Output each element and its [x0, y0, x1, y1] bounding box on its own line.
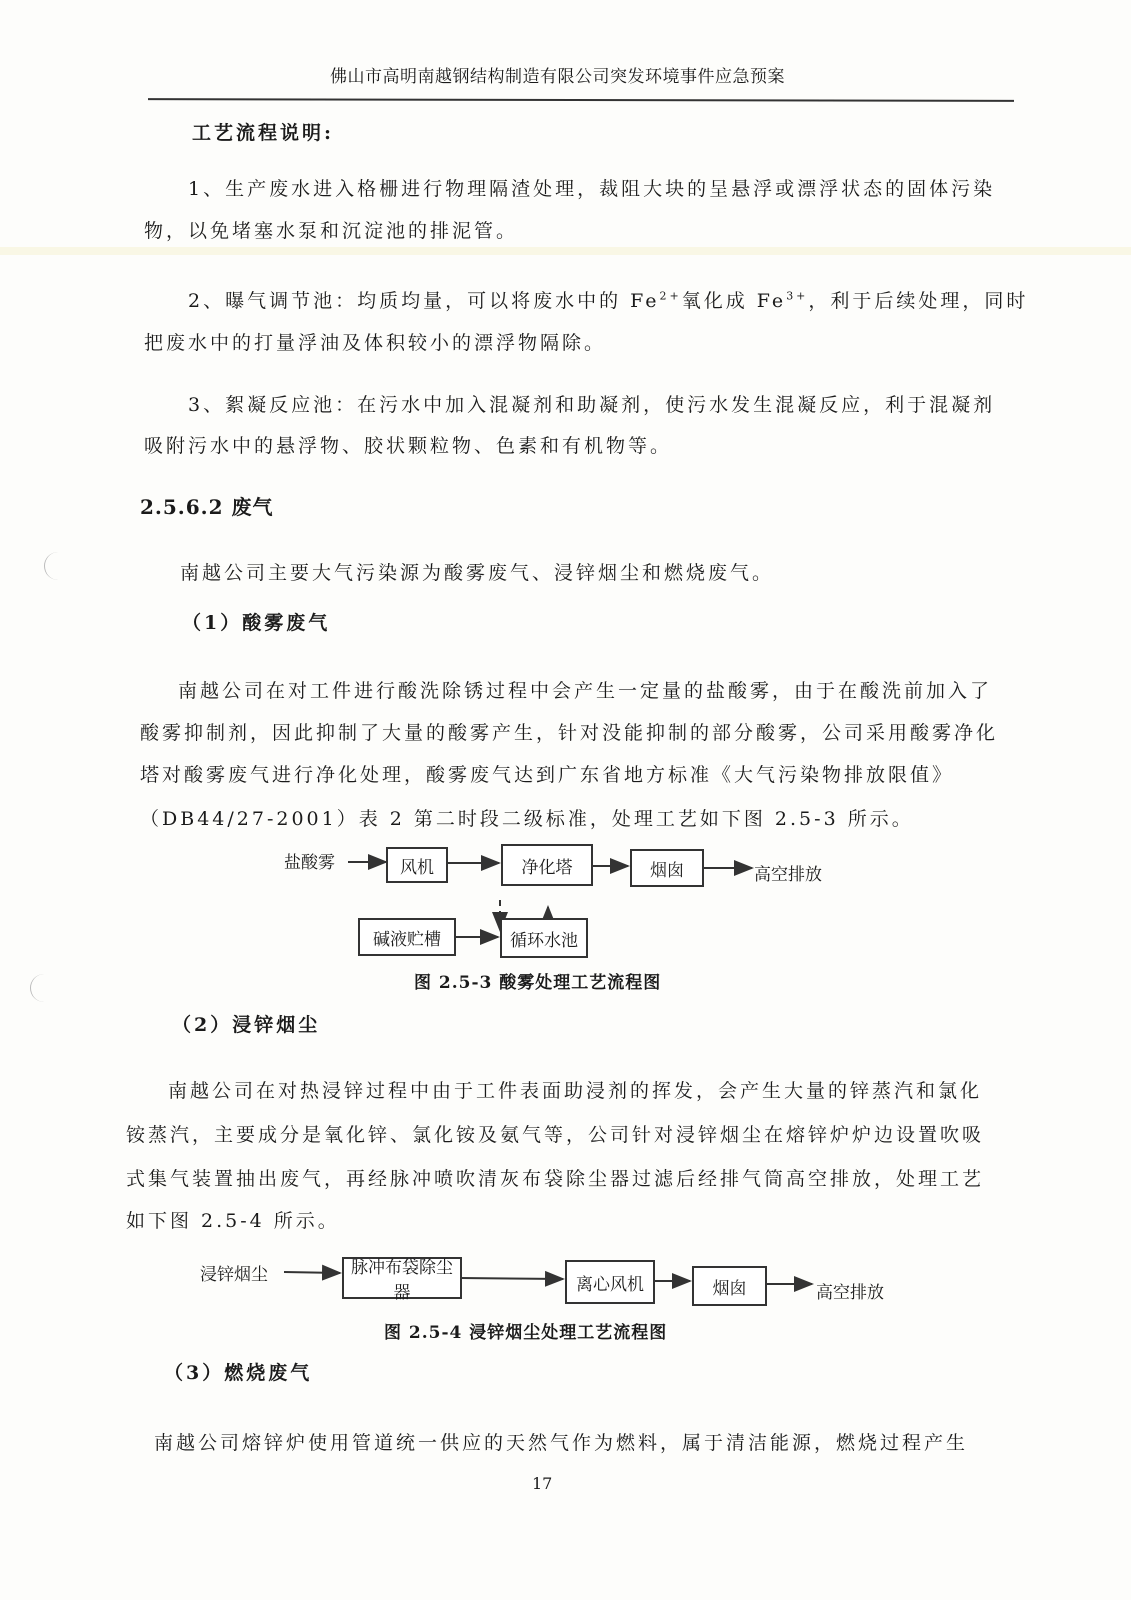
diagram-box-circulating-pool: 循环水池 [500, 918, 588, 958]
diagram-box-pulse-bag-filter: 脉冲布袋除尘器 [342, 1257, 462, 1299]
diagram-output-high-altitude-2: 高空排放 [816, 1278, 884, 1303]
diagram-box-purification-tower: 净化塔 [501, 844, 593, 886]
figure-caption-2-5-3: 图 2.5-3 酸雾处理工艺流程图 [414, 968, 661, 993]
page-number: 17 [532, 1474, 552, 1493]
diagram-box-chimney: 烟囱 [630, 849, 704, 887]
diagram-box-fan: 风机 [386, 847, 448, 883]
zinc-fume-line-1: 南越公司在对热浸锌过程中由于工件表面助浸剂的挥发，会产生大量的锌蒸汽和氯化 [168, 1068, 982, 1114]
diagram-input-hcl-mist: 盐酸雾 [284, 848, 335, 873]
zinc-fume-line-3: 式集气装置抽出废气，再经脉冲喷吹清灰布袋除尘器过滤后经排气筒高空排放，处理工艺 [126, 1156, 984, 1202]
zinc-fume-heading: （2）浸锌烟尘 [172, 1002, 320, 1048]
combustion-line-1: 南越公司熔锌炉使用管道统一供应的天然气作为燃料，属于清洁能源，燃烧过程产生 [154, 1420, 968, 1466]
diagram-box-alkali-tank: 碱液贮槽 [358, 918, 456, 956]
figure-caption-2-5-4: 图 2.5-4 浸锌烟尘处理工艺流程图 [384, 1318, 667, 1343]
diagram-input-zinc-fume: 浸锌烟尘 [200, 1260, 268, 1285]
combustion-heading: （3）燃烧废气 [164, 1350, 312, 1396]
diagram-box-centrifugal-fan: 离心风机 [565, 1260, 655, 1304]
diagram-output-high-altitude: 高空排放 [754, 860, 822, 885]
zinc-fume-line-2: 铵蒸汽，主要成分是氧化锌、氯化铵及氨气等，公司针对浸锌烟尘在熔锌炉炉边设置吹吸 [126, 1112, 984, 1158]
diagram-box-chimney-2: 烟囱 [692, 1266, 767, 1306]
